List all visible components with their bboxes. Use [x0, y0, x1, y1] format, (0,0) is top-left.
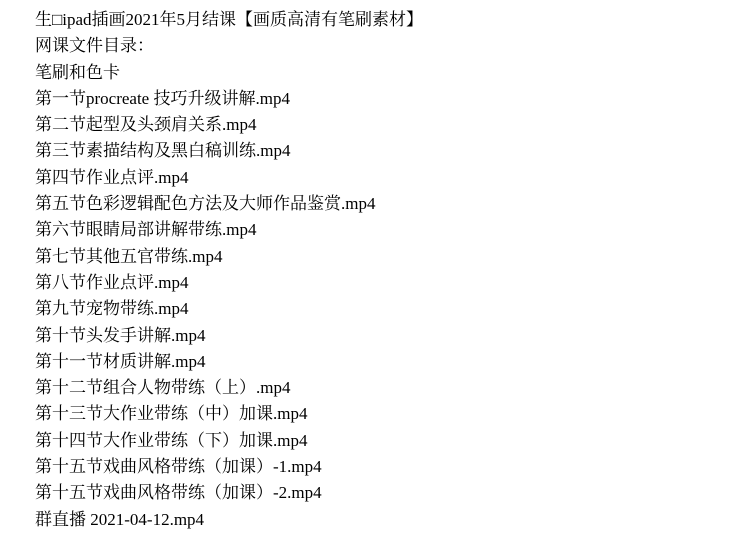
list-item-lesson-15-1: 第十五节戏曲风格带练（加课）-1.mp4 — [35, 454, 740, 480]
list-item-lesson-13: 第十三节大作业带练（中）加课.mp4 — [35, 401, 740, 427]
list-item-lesson-9: 第九节宠物带练.mp4 — [35, 296, 740, 322]
list-item-brushes: 笔刷和色卡 — [35, 60, 740, 86]
list-item-lesson-3: 第三节素描结构及黑白稿训练.mp4 — [35, 138, 740, 164]
list-item-lesson-1: 第一节procreate 技巧升级讲解.mp4 — [35, 86, 740, 112]
list-item-lesson-2: 第二节起型及头颈肩关系.mp4 — [35, 112, 740, 138]
list-item-lesson-7: 第七节其他五官带练.mp4 — [35, 244, 740, 270]
list-item-lesson-5: 第五节色彩逻辑配色方法及大师作品鉴赏.mp4 — [35, 191, 740, 217]
course-title: 生□ipad插画2021年5月结课【画质高清有笔刷素材】 — [35, 7, 740, 33]
list-item-lesson-6: 第六节眼睛局部讲解带练.mp4 — [35, 217, 740, 243]
list-item-lesson-8: 第八节作业点评.mp4 — [35, 270, 740, 296]
list-item-group-live: 群直播 2021-04-12.mp4 — [35, 507, 740, 533]
directory-heading: 网课文件目录： — [35, 33, 740, 59]
list-item-lesson-10: 第十节头发手讲解.mp4 — [35, 323, 740, 349]
list-item-lesson-14: 第十四节大作业带练（下）加课.mp4 — [35, 428, 740, 454]
list-item-lesson-15-2: 第十五节戏曲风格带练（加课）-2.mp4 — [35, 480, 740, 506]
document-page: 生□ipad插画2021年5月结课【画质高清有笔刷素材】 网课文件目录： 笔刷和… — [0, 0, 750, 533]
list-item-lesson-11: 第十一节材质讲解.mp4 — [35, 349, 740, 375]
list-item-lesson-4: 第四节作业点评.mp4 — [35, 165, 740, 191]
list-item-lesson-12: 第十二节组合人物带练（上）.mp4 — [35, 375, 740, 401]
